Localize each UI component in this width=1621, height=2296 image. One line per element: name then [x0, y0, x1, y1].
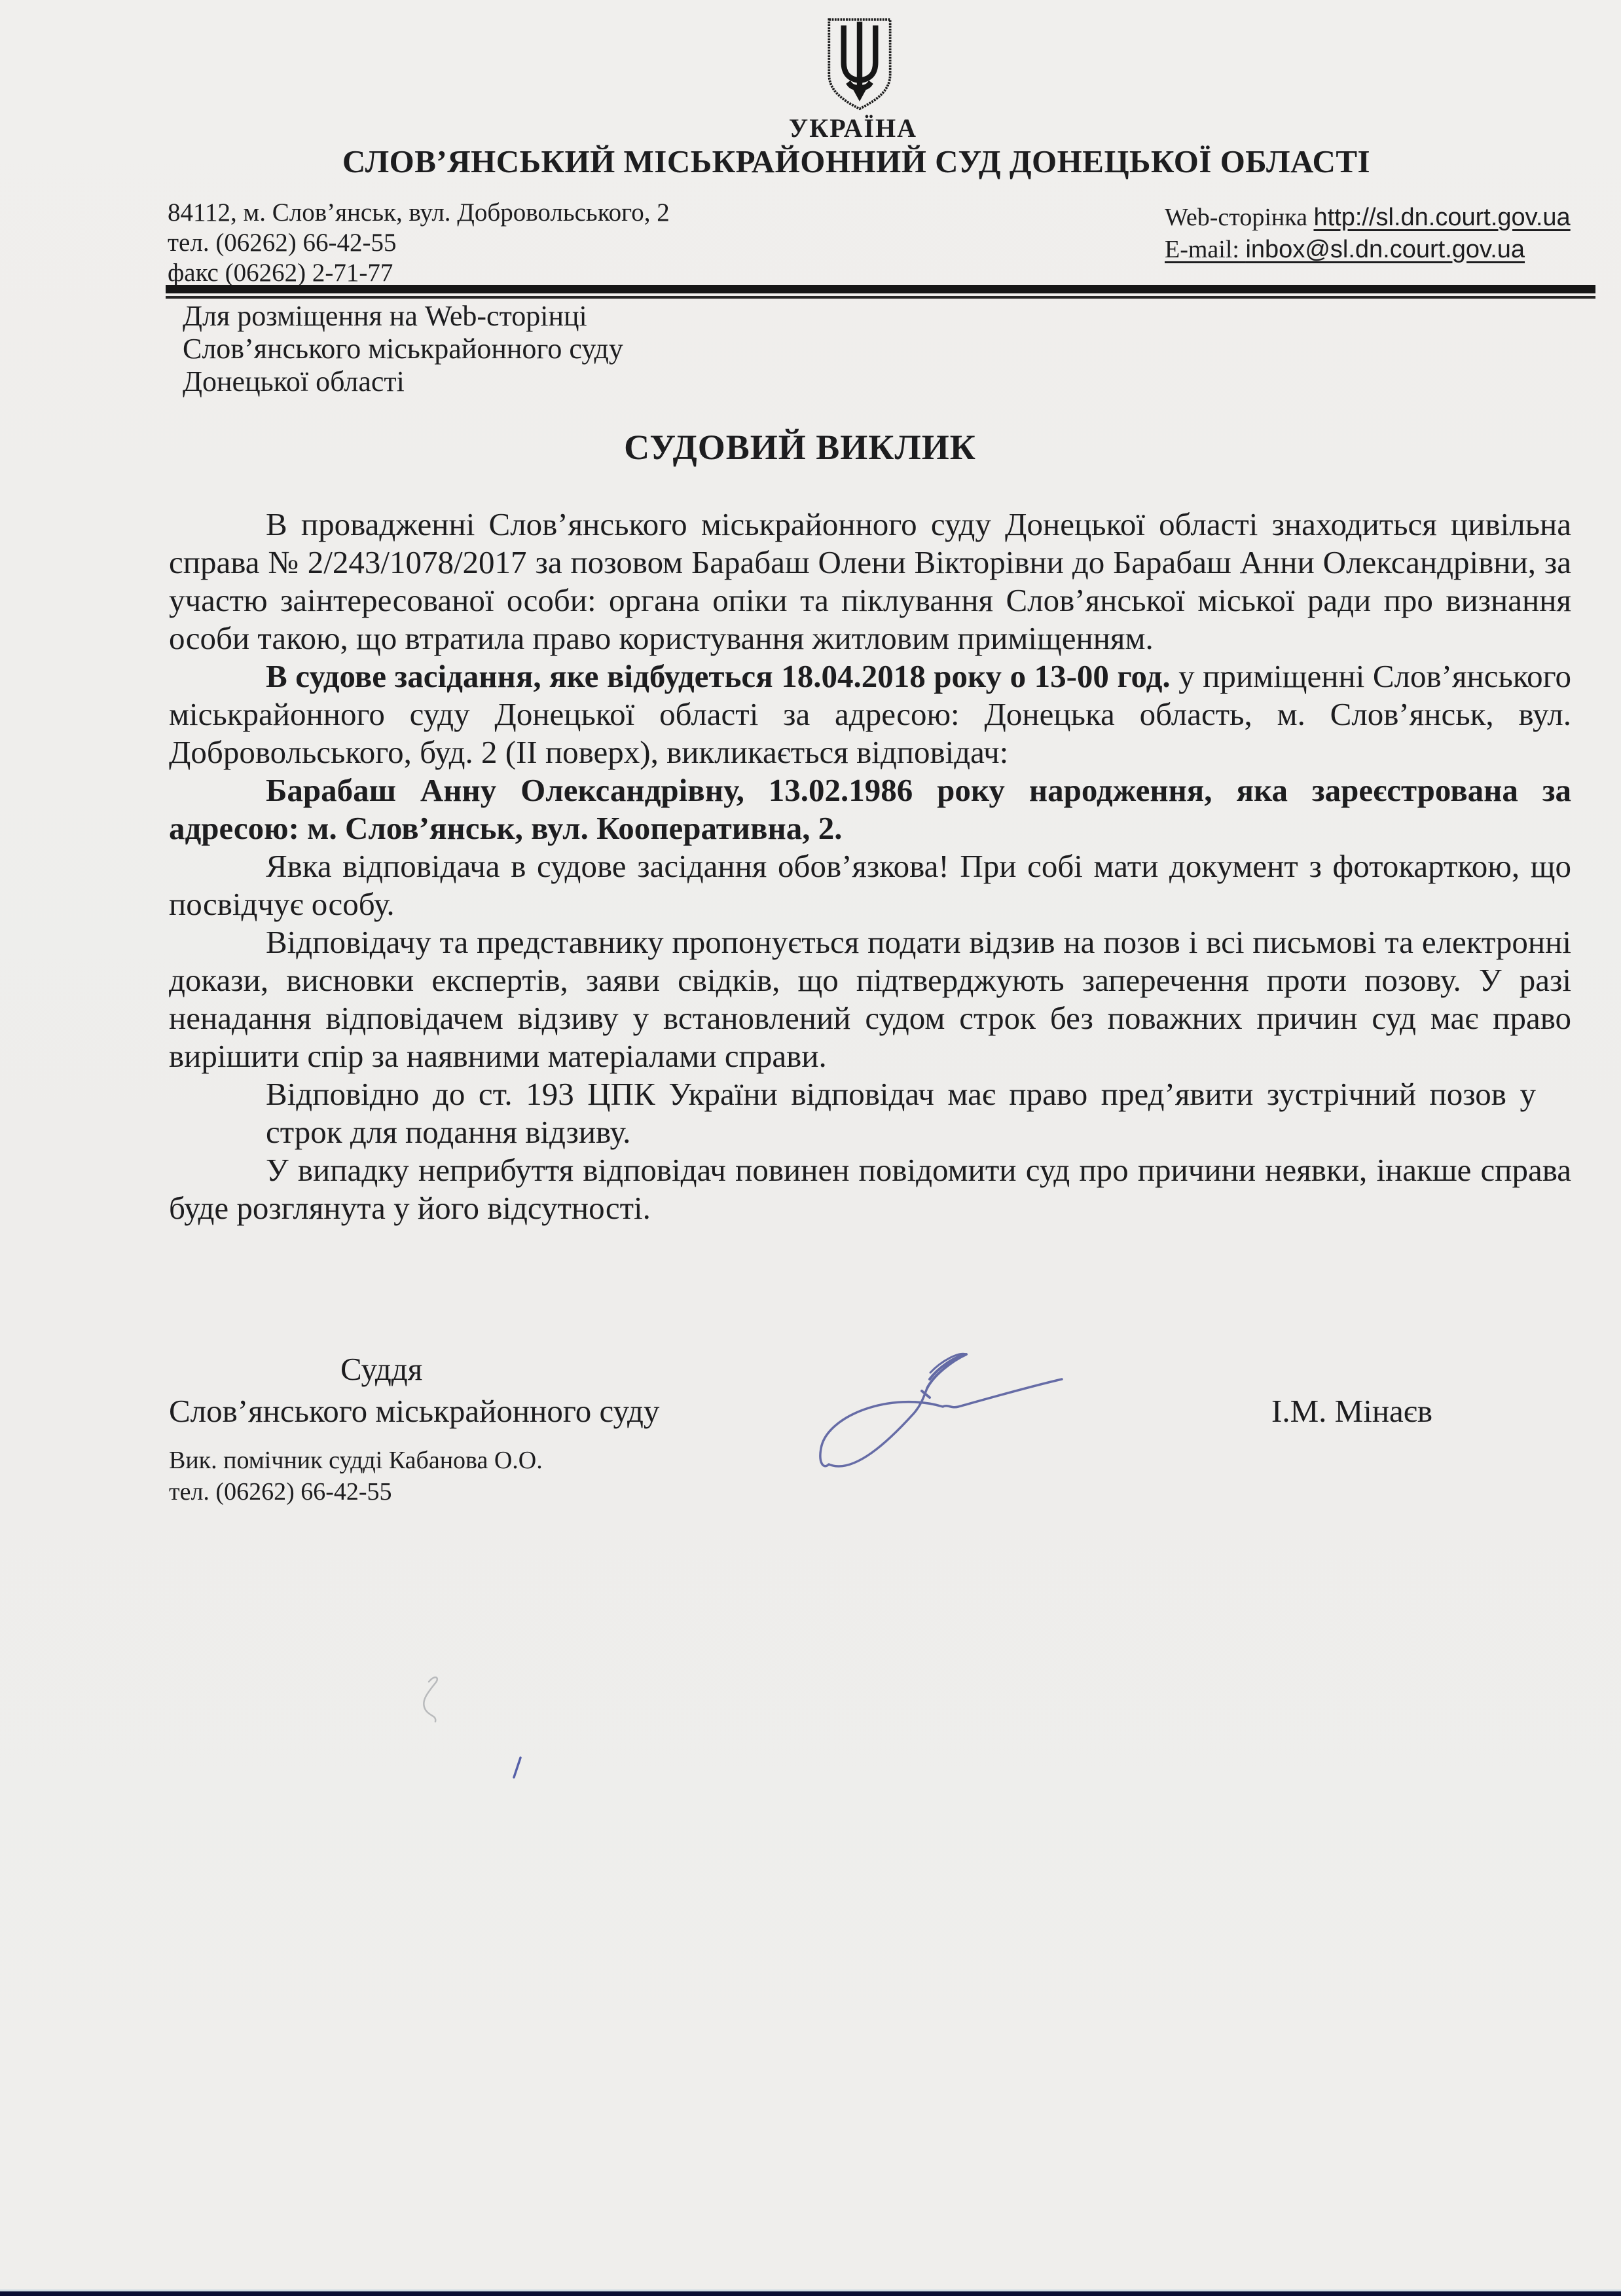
pen-stray-mark-icon [509, 1754, 536, 1787]
paragraph-4-text: Явка відповідача в судове засідання обов… [169, 848, 1571, 922]
trident-base [852, 88, 867, 102]
paragraph-1-text: В провадженні Слов’янського міськрайонно… [169, 506, 1571, 656]
note-line-1: Для розміщення на Web-сторінці [183, 300, 623, 333]
paragraph-4: Явка відповідача в судове засідання обов… [169, 847, 1571, 923]
country-name: УКРАЇНА [789, 113, 917, 143]
scan-edge-dark [0, 2291, 1621, 2296]
judge-role-line-2: Слов’янського міськрайонного суду [169, 1392, 659, 1430]
separator-rule-thin [166, 296, 1595, 299]
address-line: 84112, м. Слов’янськ, вул. Добровольсько… [168, 198, 670, 228]
paragraph-2-bold-text: В судове засідання, яке відбудеться 18.0… [266, 658, 1171, 694]
paragraph-3-text: Барабаш Анну Олександрівну, 13.02.1986 р… [169, 772, 1571, 846]
web-url: http://sl.dn.court.gov.ua [1313, 204, 1570, 231]
judge-name: І.М. Мінаєв [1271, 1392, 1432, 1430]
email-line: E-mail: inbox@sl.dn.court.gov.ua [1165, 234, 1571, 266]
separator-rule-thick [166, 285, 1595, 293]
paragraph-7: У випадку неприбуття відповідач повинен … [169, 1151, 1571, 1227]
document-body: В провадженні Слов’янського міськрайонно… [169, 506, 1571, 1227]
email-address: inbox@sl.dn.court.gov.ua [1245, 236, 1525, 263]
court-address-block: 84112, м. Слов’янськ, вул. Добровольсько… [168, 198, 670, 288]
paragraph-6-text: Відповідно до ст. 193 ЦПК України відпов… [266, 1076, 1536, 1150]
paragraph-5: Відповідачу та представнику пропонується… [169, 923, 1571, 1075]
paragraph-2: В судове засідання, яке відбудеться 18.0… [169, 657, 1571, 771]
clerk-block: Вик. помічник судді Кабанова О.О. тел. (… [169, 1445, 543, 1508]
ukraine-trident-icon [823, 16, 896, 113]
note-line-2: Слов’янського міськрайонного суду [183, 333, 623, 365]
handwritten-signature-icon [786, 1323, 1080, 1480]
paragraph-6: Відповідно до ст. 193 ЦПК України відпов… [266, 1075, 1536, 1151]
paragraph-1: В провадженні Слов’янського міськрайонно… [169, 506, 1571, 657]
court-name: СЛОВ’ЯНСЬКИЙ МІСЬКРАЙОННИЙ СУД ДОНЕЦЬКОЇ… [342, 143, 1370, 180]
court-web-block: Web-сторінка http://sl.dn.court.gov.ua E… [1165, 202, 1571, 266]
pencil-stray-mark-icon [393, 1663, 471, 1742]
web-line: Web-сторінка http://sl.dn.court.gov.ua [1165, 202, 1571, 234]
judge-role-line-1: Суддя [340, 1350, 422, 1388]
document-title: СУДОВИЙ ВИКЛИК [624, 427, 976, 468]
note-line-3: Донецької області [183, 365, 623, 398]
scanned-court-summons-page: УКРАЇНА СЛОВ’ЯНСЬКИЙ МІСЬКРАЙОННИЙ СУД Д… [0, 0, 1621, 2296]
paragraph-5-text: Відповідачу та представнику пропонується… [169, 924, 1571, 1074]
clerk-line: Вик. помічник судді Кабанова О.О. [169, 1445, 543, 1476]
email-label: E-mail: [1165, 236, 1239, 263]
fax-line: факс (06262) 2-71-77 [168, 258, 670, 288]
phone-line: тел. (06262) 66-42-55 [168, 228, 670, 258]
paragraph-3: Барабаш Анну Олександрівну, 13.02.1986 р… [169, 771, 1571, 847]
paragraph-7-text: У випадку неприбуття відповідач повинен … [169, 1152, 1571, 1226]
web-label: Web-сторінка [1165, 204, 1307, 231]
clerk-phone-line: тел. (06262) 66-42-55 [169, 1476, 543, 1508]
web-placement-note: Для розміщення на Web-сторінці Слов’янсь… [183, 300, 623, 398]
